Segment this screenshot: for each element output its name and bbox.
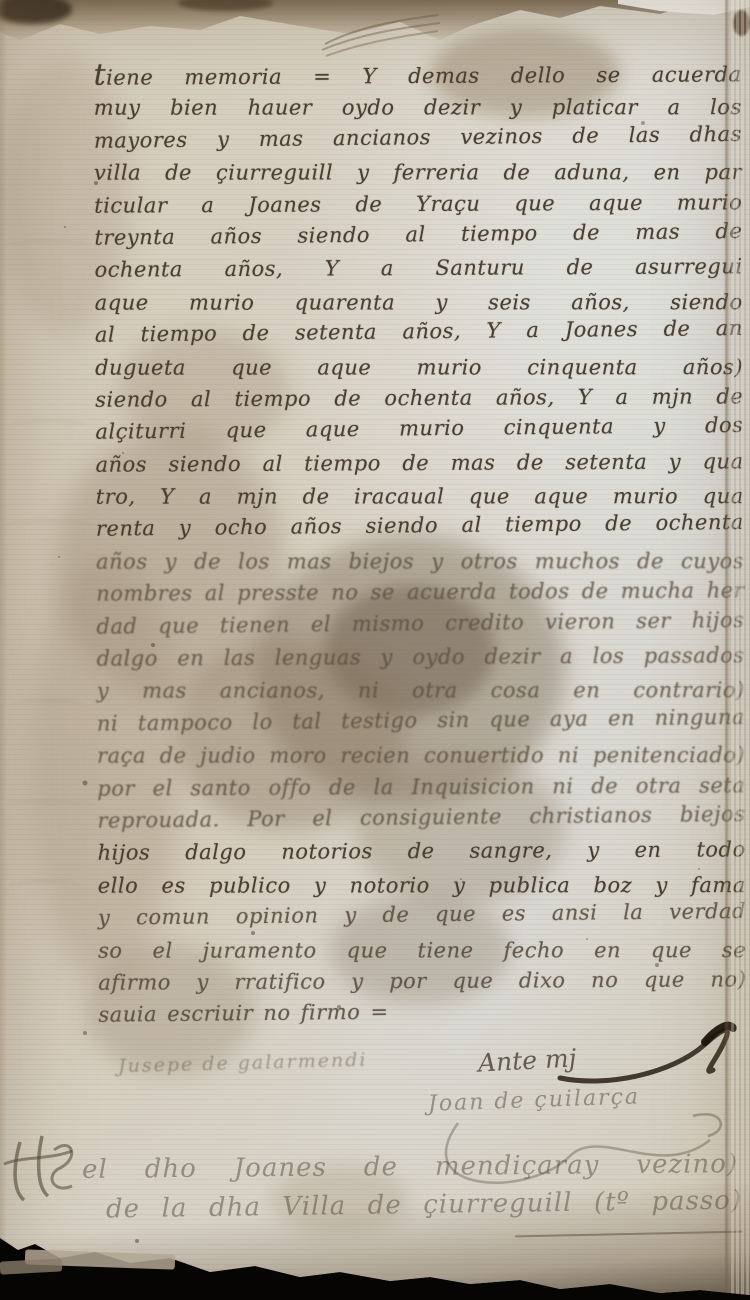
left-edge-shading: [0, 0, 7, 1300]
paper-sheet: tiene memoria = Y demas dello se acuerda…: [0, 0, 750, 1300]
edge-vignette: [0, 0, 750, 1300]
right-page-edge-strip: [729, 0, 750, 1300]
manuscript-photo: tiene memoria = Y demas dello se acuerda…: [0, 0, 750, 1300]
torn-paper-shard: [0, 1258, 62, 1274]
